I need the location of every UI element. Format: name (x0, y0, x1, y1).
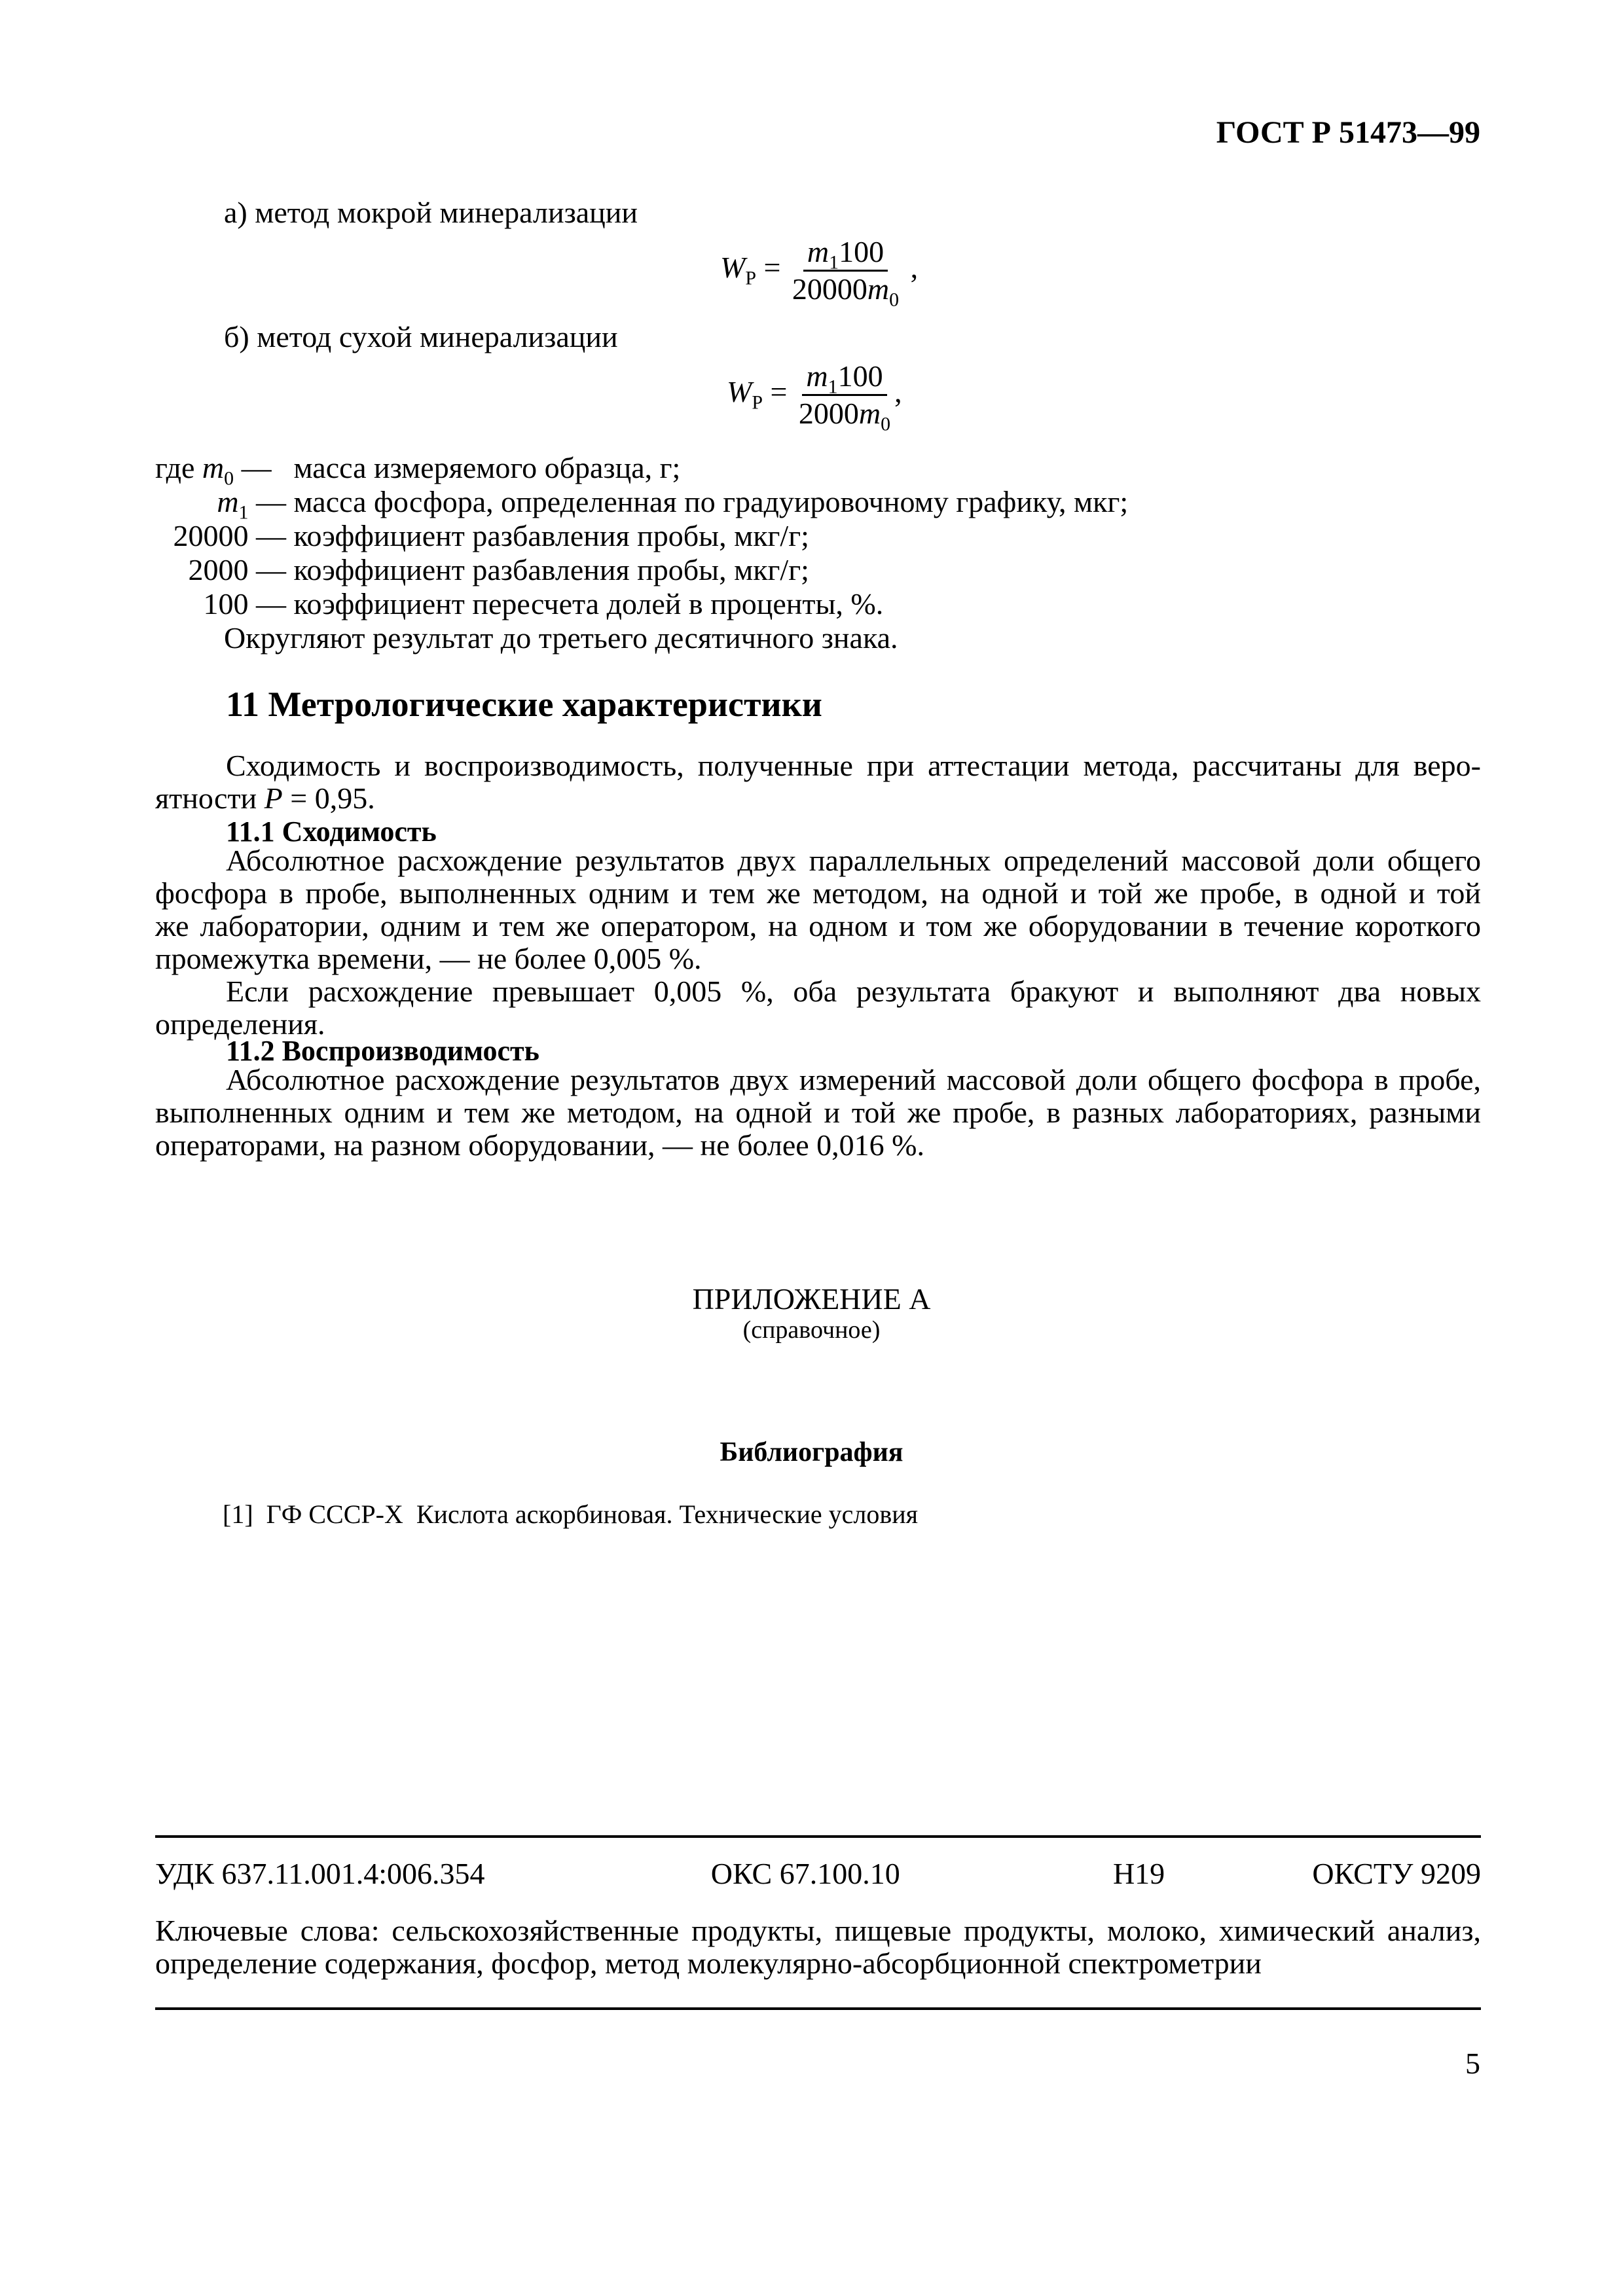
numerator-sub: 1 (829, 251, 839, 273)
formula-b-fraction: m1100 2000m0 (795, 360, 894, 430)
numerator-var: m (806, 359, 828, 393)
def-dash: — (256, 485, 286, 518)
definition-item: m1 — масса фосфора, определенная по град… (155, 486, 1128, 520)
intro-line: Сходимость и воспроизводимость, полученн… (155, 749, 1481, 782)
def-symbol: m (217, 485, 238, 518)
intro-line-pre: ятности (155, 781, 264, 815)
udk-code: УДК 637.11.001.4:006.354 (155, 1857, 485, 1890)
formula-a-fraction: m1100 20000m0 (788, 236, 903, 306)
section-11-1-body: Абсолютное расхождение результатов двух … (155, 844, 1481, 1041)
formula-a-lhs: W (720, 251, 745, 284)
page-number: 5 (1465, 2047, 1480, 2080)
formula-a-label: а) метод мокрой минерализации (224, 196, 638, 229)
def-text: масса измеряемого образца, г; (294, 451, 681, 484)
keywords-line: Ключевые слова: сельскохозяйственные про… (155, 1914, 1481, 1947)
paragraph-line: Абсолютное расхождение результатов двух … (155, 1064, 1481, 1096)
numerator-sub: 1 (828, 376, 838, 397)
denominator-const: 20000 (792, 272, 867, 306)
paragraph-line: Абсолютное расхождение результатов двух … (155, 844, 1481, 877)
def-dash: — (256, 587, 286, 620)
def-symbol: 20000 (173, 519, 249, 552)
classification-row: УДК 637.11.001.4:006.354 ОКС 67.100.10 Н… (155, 1857, 1481, 1890)
formula-b-trail: , (894, 375, 902, 408)
def-text: коэффициент разбавления пробы, мкг/г; (294, 519, 809, 552)
intro-line-post: = 0,95. (283, 781, 375, 815)
formula-a: WP = m1100 20000m0 , (720, 236, 918, 306)
category-code: Н19 (1113, 1857, 1165, 1890)
denominator-sub: 0 (881, 413, 890, 435)
bibliography-title: Библиография (0, 1437, 1623, 1468)
def-dash: — (256, 553, 286, 586)
definition-item: 100 — коэффициент пересчета долей в проц… (155, 588, 1128, 622)
numerator-var: m (807, 235, 829, 268)
paragraph-line: выполненных одним и тем же методом, на о… (155, 1096, 1481, 1129)
def-dash: — (242, 451, 272, 484)
def-text: коэффициент разбавления пробы, мкг/г; (294, 553, 809, 586)
definition-item: 2000 — коэффициент разбавления пробы, мк… (155, 554, 1128, 588)
definitions-list: где m0 — масса измеряемого образца, г; m… (155, 452, 1128, 656)
denominator-var: m (859, 397, 881, 430)
footer-top-rule (155, 1835, 1481, 1838)
def-symbol: 100 (204, 587, 249, 620)
keywords-line: определение содержания, фосфор, метод мо… (155, 1947, 1481, 1980)
paragraph-line: промежутка времени, — не более 0,005 %. (155, 942, 1481, 975)
def-symbol: m (202, 451, 224, 484)
denominator-const: 2000 (799, 397, 859, 430)
formula-a-trail: , (903, 251, 918, 284)
appendix-subtitle: (справочное) (0, 1316, 1623, 1344)
formula-b-lhs-sub: P (752, 392, 763, 414)
entry-number: [1] (223, 1499, 253, 1529)
intro-var: P (264, 781, 283, 815)
def-text: коэффициент пересчета долей в проценты, … (294, 587, 884, 620)
denominator-var: m (867, 272, 889, 306)
keywords: Ключевые слова: сельскохозяйственные про… (155, 1914, 1481, 1980)
entry-ref: ГФ СССР-Х (266, 1499, 403, 1529)
paragraph-line: операторами, на разном оборудовании, — н… (155, 1129, 1481, 1162)
where-word: где (155, 451, 194, 484)
definition-item: где m0 — масса измеряемого образца, г; (155, 452, 1128, 486)
section-11-title: 11 Метрологические характеристики (226, 684, 822, 725)
rounding-note: Округляют результат до третьего десятичн… (155, 622, 1128, 656)
definition-item: 20000 — коэффициент разбавления пробы, м… (155, 520, 1128, 554)
oks-code: ОКС 67.100.10 (711, 1857, 900, 1890)
denominator-sub: 0 (889, 289, 899, 310)
standard-header: ГОСТ Р 51473—99 (1216, 115, 1480, 151)
numerator-const: 100 (839, 235, 884, 268)
numerator-const: 100 (838, 359, 883, 393)
bibliography-entry: [1] ГФ СССР-Х Кислота аскорбиновая. Техн… (223, 1499, 918, 1530)
section-11-2-body: Абсолютное расхождение результатов двух … (155, 1064, 1481, 1162)
paragraph-line: фосфора в пробе, выполненных одним и тем… (155, 877, 1481, 910)
appendix-title: ПРИЛОЖЕНИЕ А (0, 1283, 1623, 1316)
footer-bottom-rule (155, 2007, 1481, 2010)
entry-text: Кислота аскорбиновая. Технические услови… (416, 1499, 918, 1529)
okstu-code: ОКСТУ 9209 (1312, 1857, 1481, 1890)
formula-b-lhs: W (727, 375, 752, 408)
section-11-intro: Сходимость и воспроизводимость, полученн… (155, 749, 1481, 815)
paragraph-line: Если расхождение превышает 0,005 %, оба … (155, 975, 1481, 1008)
paragraph-line: же лаборатории, одним и тем же операторо… (155, 910, 1481, 942)
formula-a-lhs-sub: P (745, 268, 756, 289)
def-text: масса фосфора, определенная по градуиров… (294, 485, 1129, 518)
formula-b: WP = m1100 2000m0 , (727, 360, 902, 430)
def-symbol: 2000 (189, 553, 249, 586)
def-dash: — (256, 519, 286, 552)
formula-b-label: б) метод сухой минерализации (224, 321, 618, 353)
